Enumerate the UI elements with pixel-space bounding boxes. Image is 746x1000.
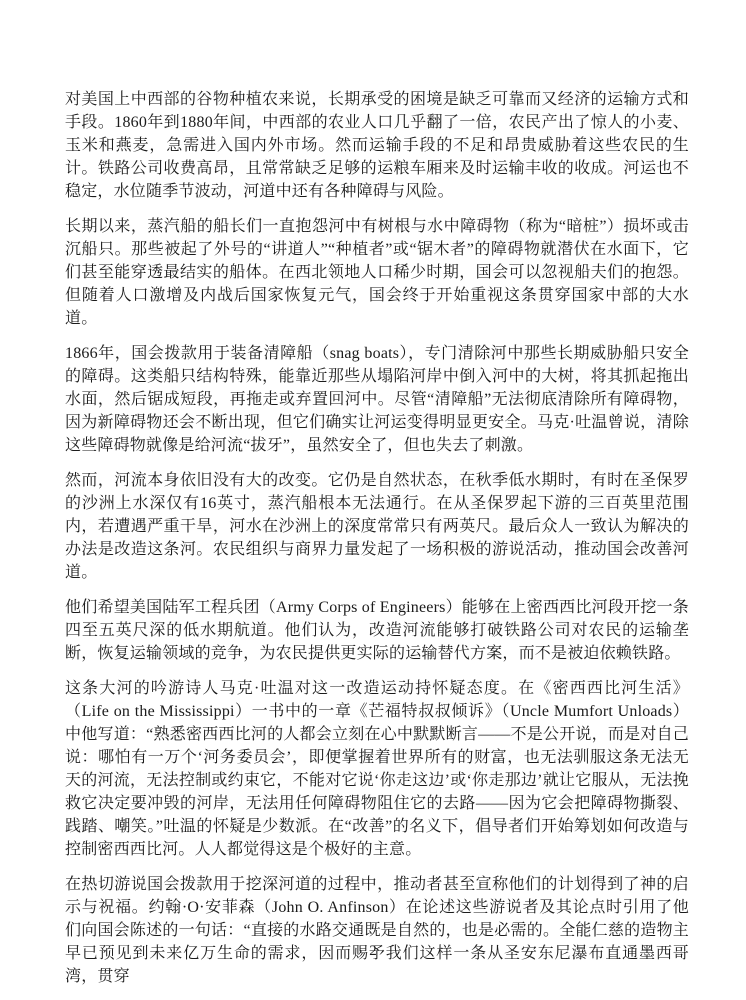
paragraph: 在热切游说国会拨款用于挖深河道的过程中，推动者甚至宣称他们的计划得到了神的启示与… [65,873,689,988]
paragraph: 这条大河的吟游诗人马克·吐温对这一改造运动持怀疑态度。在《密西西比河生活》（Li… [65,677,689,861]
page-number: 2 [0,943,746,960]
paragraph: 他们希望美国陆军工程兵团（Army Corps of Engineers）能够在… [65,596,689,665]
document-body: 对美国上中西部的谷物种植农来说，长期承受的困境是缺乏可靠而又经济的运输方式和手段… [65,88,689,1000]
paragraph: 然而，河流本身依旧没有大的改变。它仍是自然状态，在秋季低水期时，有时在圣保罗的沙… [65,469,689,584]
paragraph: 1866年，国会拨款用于装备清障船（snag boats），专门清除河中那些长期… [65,342,689,457]
paragraph: 对美国上中西部的谷物种植农来说，长期承受的困境是缺乏可靠而又经济的运输方式和手段… [65,88,689,203]
paragraph: 长期以来，蒸汽船的船长们一直抱怨河中有树根与水中障碍物（称为“暗桩”）损坏或击沉… [65,215,689,330]
document-page: 对美国上中西部的谷物种植农来说，长期承受的困境是缺乏可靠而又经济的运输方式和手段… [0,0,746,1000]
